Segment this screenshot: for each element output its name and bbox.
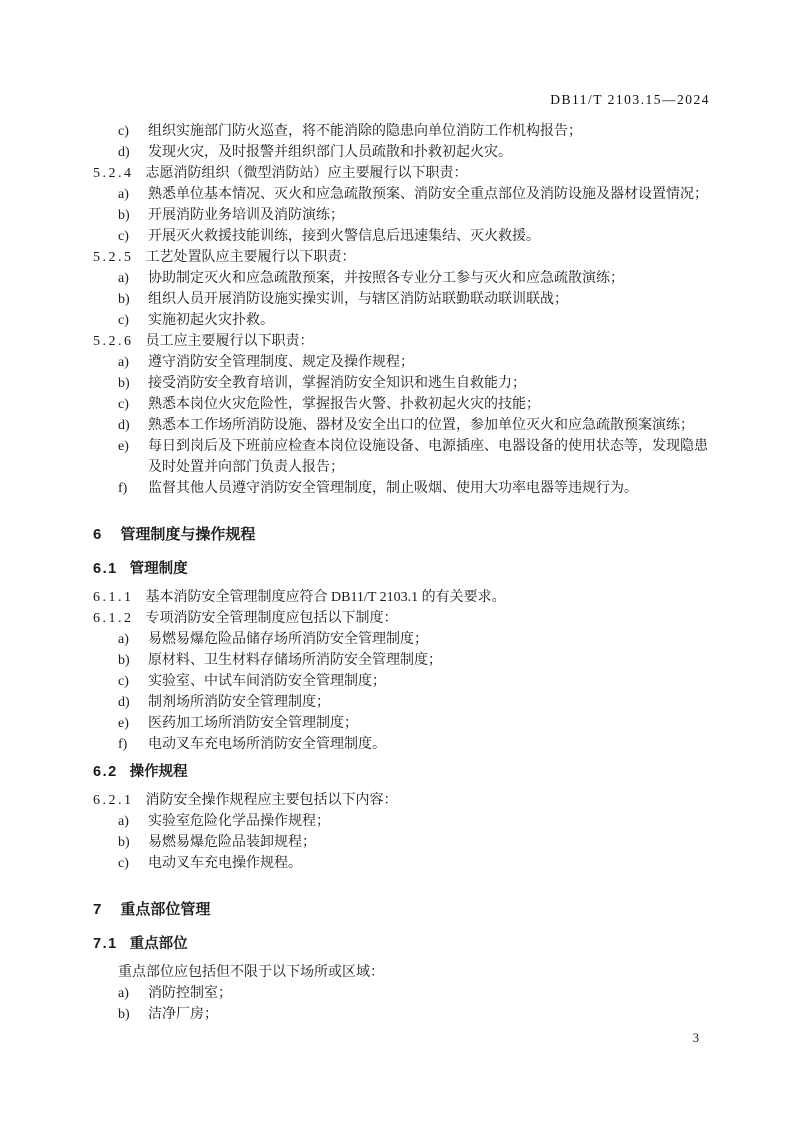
list-item-text: 易燃易爆危险品装卸规程； [148, 835, 316, 850]
list-item-text: 监督其他人员遵守消防安全管理制度，制止吸烟、使用大功率电器等违规行为。 [148, 481, 638, 496]
list-item-text: 开展灭火救援技能训练，接到火警信息后迅速集结、灭火救援。 [148, 229, 540, 244]
list-item: b)易燃易爆危险品装卸规程； [93, 832, 711, 853]
list-item-label: b) [118, 373, 130, 394]
list-item-label: d) [118, 142, 130, 163]
section-block: 6.1管理制度 [93, 559, 711, 580]
clause-text: 基本消防安全管理制度应符合 DB11/T 2103.1 的有关要求。 [146, 590, 506, 605]
clause-text: 专项消防安全管理制度应包括以下制度： [146, 611, 398, 626]
chapter-text: 重点部位管理 [120, 901, 210, 918]
list-item-label: b) [118, 1004, 130, 1025]
list-item-text: 医药加工场所消防安全管理制度； [148, 716, 358, 731]
list-item-label: a) [118, 629, 129, 650]
list-item-text: 电动叉车充电场所消防安全管理制度。 [148, 737, 386, 752]
list-item: a)熟悉单位基本情况、灭火和应急疏散预案、消防安全重点部位及消防设施及器材设置情… [93, 184, 711, 205]
chapter-block: 7重点部位管理 [93, 899, 711, 920]
list-item-label: c) [118, 226, 129, 247]
clause-number: 7 [93, 901, 102, 918]
list-item: a)协助制定灭火和应急疏散预案，并按照各专业分工参与灭火和应急疏散演练； [93, 268, 711, 289]
list-item-label: b) [118, 650, 130, 671]
clause-number: 6.1.2 [93, 611, 134, 626]
list-item-text: 电动叉车充电操作规程。 [148, 856, 302, 871]
list-item: e)医药加工场所消防安全管理制度； [93, 713, 711, 734]
list-item: b)组织人员开展消防设施实操实训，与辖区消防站联勤联动联训联战； [93, 289, 711, 310]
chapter-text: 管理制度与操作规程 [120, 526, 255, 543]
list-item: b)开展消防业务培训及消防演练； [93, 205, 711, 226]
list-item-label: e) [118, 713, 129, 734]
list-item: a)遵守消防安全管理制度、规定及操作规程； [93, 352, 711, 373]
list-item: a)消防控制室； [93, 983, 711, 1004]
list-item-label: c) [118, 121, 129, 142]
clause-number: 5.2.4 [93, 166, 134, 181]
list-item-text: 实验室危险化学品操作规程； [148, 814, 330, 829]
section-text: 管理制度 [130, 561, 188, 577]
document-number-header: DB11/T 2103.15—2024 [550, 92, 710, 108]
list-item: d)制剂场所消防安全管理制度； [93, 692, 711, 713]
list-item-label: a) [118, 268, 129, 289]
list-item-text: 开展消防业务培训及消防演练； [148, 208, 344, 223]
list-item: c)熟悉本岗位火灾危险性，掌握报告火警、扑救初起火灾的技能； [93, 394, 711, 415]
paragraph-block: 重点部位应包括但不限于以下场所或区域： [93, 962, 711, 983]
list-item: b)洁净厂房； [93, 1004, 711, 1025]
list-item-text: 易燃易爆危险品储存场所消防安全管理制度； [148, 632, 428, 647]
list-item-text: 实验室、中试车间消防安全管理制度； [148, 674, 386, 689]
list-item-text: 熟悉单位基本情况、灭火和应急疏散预案、消防安全重点部位及消防设施及器材设置情况； [148, 187, 708, 202]
clause-block: 5.2.6员工应主要履行以下职责： [93, 331, 711, 352]
list-item-label: a) [118, 184, 129, 205]
list-item-label: c) [118, 853, 129, 874]
clause-text: 员工应主要履行以下职责： [146, 334, 314, 349]
list-item: d)熟悉本工作场所消防设施、器材及安全出口的位置，参加单位灭火和应急疏散预案演练… [93, 415, 711, 436]
clause-block: 6.1.1基本消防安全管理制度应符合 DB11/T 2103.1 的有关要求。 [93, 587, 711, 608]
list-item: f)电动叉车充电场所消防安全管理制度。 [93, 734, 711, 755]
clause-number: 5.2.6 [93, 334, 134, 349]
list-item: c)实验室、中试车间消防安全管理制度； [93, 671, 711, 692]
section-block: 7.1重点部位 [93, 934, 711, 955]
clause-number: 6.1 [93, 561, 118, 577]
clause-number: 5.2.5 [93, 250, 134, 265]
list-item-text: 组织实施部门防火巡查，将不能消除的隐患向单位消防工作机构报告； [148, 124, 582, 139]
document-body: c)组织实施部门防火巡查，将不能消除的隐患向单位消防工作机构报告；d)发现火灾，… [93, 121, 711, 1025]
list-item-text: 遵守消防安全管理制度、规定及操作规程； [148, 355, 414, 370]
clause-number: 6.2.1 [93, 793, 134, 808]
list-item-text: 协助制定灭火和应急疏散预案，并按照各专业分工参与灭火和应急疏散演练； [148, 271, 624, 286]
clause-number: 6 [93, 526, 102, 543]
list-item-label: c) [118, 394, 129, 415]
list-item-label: d) [118, 692, 130, 713]
clause-block: 6.1.2专项消防安全管理制度应包括以下制度： [93, 608, 711, 629]
list-item-label: c) [118, 310, 129, 331]
clause-block: 6.2.1消防安全操作规程应主要包括以下内容： [93, 790, 711, 811]
clause-number: 7.1 [93, 936, 118, 952]
list-item-label: b) [118, 289, 130, 310]
page-number: 3 [693, 1031, 699, 1046]
list-item-label: d) [118, 415, 130, 436]
list-item-text: 熟悉本工作场所消防设施、器材及安全出口的位置，参加单位灭火和应急疏散预案演练； [148, 418, 694, 433]
list-item: b)接受消防安全教育培训，掌握消防安全知识和逃生自救能力； [93, 373, 711, 394]
list-item-label: f) [118, 734, 127, 755]
list-item-text: 接受消防安全教育培训，掌握消防安全知识和逃生自救能力； [148, 376, 526, 391]
list-item-label: c) [118, 671, 129, 692]
chapter-block: 6管理制度与操作规程 [93, 524, 711, 545]
list-item-text: 制剂场所消防安全管理制度； [148, 695, 330, 710]
section-text: 重点部位 [130, 936, 188, 952]
clause-block: 5.2.5工艺处置队应主要履行以下职责： [93, 247, 711, 268]
list-item-label: b) [118, 832, 130, 853]
list-item-text: 组织人员开展消防设施实操实训，与辖区消防站联勤联动联训联战； [148, 292, 568, 307]
list-item-label: f) [118, 478, 127, 499]
clause-block: 5.2.4志愿消防组织（微型消防站）应主要履行以下职责： [93, 163, 711, 184]
list-item: c)开展灭火救援技能训练，接到火警信息后迅速集结、灭火救援。 [93, 226, 711, 247]
list-item-text: 洁净厂房； [148, 1007, 218, 1022]
list-item: c)实施初起火灾扑救。 [93, 310, 711, 331]
list-item-text: 消防控制室； [148, 986, 232, 1001]
paragraph-text: 重点部位应包括但不限于以下场所或区域： [118, 965, 384, 980]
list-item-label: a) [118, 811, 129, 832]
list-item-label: e) [118, 436, 129, 457]
list-item-text: 实施初起火灾扑救。 [148, 313, 274, 328]
list-item: c)组织实施部门防火巡查，将不能消除的隐患向单位消防工作机构报告； [93, 121, 711, 142]
list-item: f)监督其他人员遵守消防安全管理制度，制止吸烟、使用大功率电器等违规行为。 [93, 478, 711, 499]
list-item: a)易燃易爆危险品储存场所消防安全管理制度； [93, 629, 711, 650]
section-text: 操作规程 [130, 764, 188, 780]
list-item-text: 发现火灾，及时报警并组织部门人员疏散和扑救初起火灾。 [148, 145, 512, 160]
clause-number: 6.1.1 [93, 590, 134, 605]
list-item-label: b) [118, 205, 130, 226]
list-item-label: a) [118, 983, 129, 1004]
list-item: b)原材料、卫生材料存储场所消防安全管理制度； [93, 650, 711, 671]
list-item: d)发现火灾，及时报警并组织部门人员疏散和扑救初起火灾。 [93, 142, 711, 163]
list-item: e)每日到岗后及下班前应检查本岗位设施设备、电源插座、电器设备的使用状态等，发现… [93, 436, 711, 478]
section-block: 6.2操作规程 [93, 762, 711, 783]
list-item-text: 熟悉本岗位火灾危险性，掌握报告火警、扑救初起火灾的技能； [148, 397, 540, 412]
clause-text: 工艺处置队应主要履行以下职责： [146, 250, 356, 265]
clause-text: 志愿消防组织（微型消防站）应主要履行以下职责： [146, 166, 468, 181]
list-item: c)电动叉车充电操作规程。 [93, 853, 711, 874]
list-item-text: 每日到岗后及下班前应检查本岗位设施设备、电源插座、电器设备的使用状态等，发现隐患… [148, 439, 708, 475]
clause-number: 6.2 [93, 764, 118, 780]
list-item: a)实验室危险化学品操作规程； [93, 811, 711, 832]
clause-text: 消防安全操作规程应主要包括以下内容： [146, 793, 398, 808]
list-item-text: 原材料、卫生材料存储场所消防安全管理制度； [148, 653, 442, 668]
list-item-label: a) [118, 352, 129, 373]
